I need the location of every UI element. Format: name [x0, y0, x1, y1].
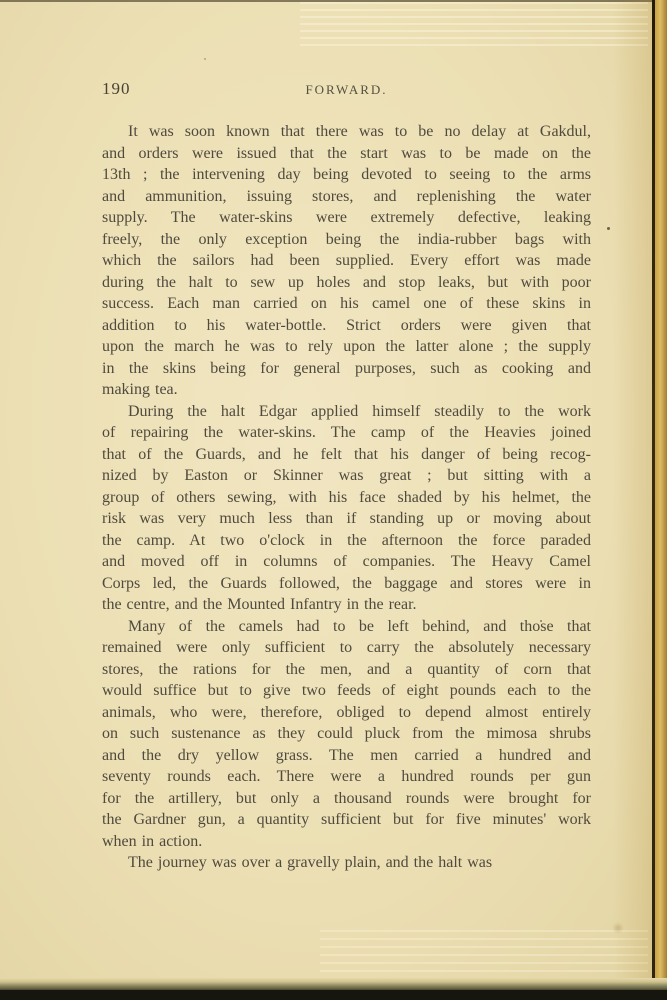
text-line: success. Each man carried on his camel o…	[102, 293, 591, 315]
text-line: and ammunition, issuing stores, and repl…	[102, 186, 591, 208]
text-line: the camp. At two o'clock in the afternoo…	[102, 530, 591, 552]
running-header: FORWARD.	[102, 82, 591, 98]
text-line: stores, the rations for the men, and a q…	[102, 659, 591, 681]
gutter-shading	[613, 0, 653, 992]
text-line: addition to his water-bottle. Strict ord…	[102, 315, 591, 337]
text-line: for the artillery, but only a thousand r…	[102, 788, 591, 810]
text-line: freely, the only exception being the ind…	[102, 229, 591, 251]
book-page-block-edge	[655, 0, 667, 992]
text-line: 13th ; the intervening day being devoted…	[102, 164, 591, 186]
ink-speck	[204, 58, 206, 60]
page-header: 190 FORWARD.	[102, 79, 591, 99]
text-line: seventy rounds each. There were a hundre…	[102, 766, 591, 788]
text-line: and orders were issued that the start wa…	[102, 143, 591, 165]
scan-edge-top	[0, 0, 667, 2]
text-line: It was soon known that there was to be n…	[102, 121, 591, 143]
text-line: risk was very much less than if standing…	[102, 508, 591, 530]
text-line: which the sailors had been supplied. Eve…	[102, 250, 591, 272]
text-line: and moved off in columns of companies. T…	[102, 551, 591, 573]
text-line: Many of the camels had to be left behind…	[102, 616, 591, 638]
text-line: in the skins being for general purposes,…	[102, 358, 591, 380]
text-line: remained were only sufficient to carry t…	[102, 637, 591, 659]
text-line: and the dry yellow grass. The men carrie…	[102, 745, 591, 767]
scan-edge-bottom	[0, 990, 667, 1000]
text-line: that of the Guards, and he felt that his…	[102, 444, 591, 466]
text-line: nized by Easton or Skinner was great ; b…	[102, 465, 591, 487]
text-line: making tea.	[102, 379, 591, 401]
body-text: It was soon known that there was to be n…	[102, 121, 591, 874]
text-line: the centre, and the Mounted Infantry in …	[102, 594, 591, 616]
text-line: on such sustenance as they could pluck f…	[102, 723, 591, 745]
text-line: supply. The water-skins were extremely d…	[102, 207, 591, 229]
text-line: animals, who were, therefore, obliged to…	[102, 702, 591, 724]
text-line: during the halt to sew up holes and stop…	[102, 272, 591, 294]
text-line: the Gardner gun, a quantity sufficient b…	[102, 809, 591, 831]
paper-stain	[612, 922, 624, 934]
text-line: when in action.	[102, 831, 591, 853]
text-line: The journey was over a gravelly plain, a…	[102, 852, 591, 874]
text-line: of repairing the water-skins. The camp o…	[102, 422, 591, 444]
text-line: During the halt Edgar applied himself st…	[102, 401, 591, 423]
text-line: would suffice but to give two feeds of e…	[102, 680, 591, 702]
text-line: group of others sewing, with his face sh…	[102, 487, 591, 509]
text-line: upon the march he was to rely upon the l…	[102, 336, 591, 358]
ink-speck	[607, 227, 610, 230]
text-line: Corps led, the Guards followed, the bagg…	[102, 573, 591, 595]
